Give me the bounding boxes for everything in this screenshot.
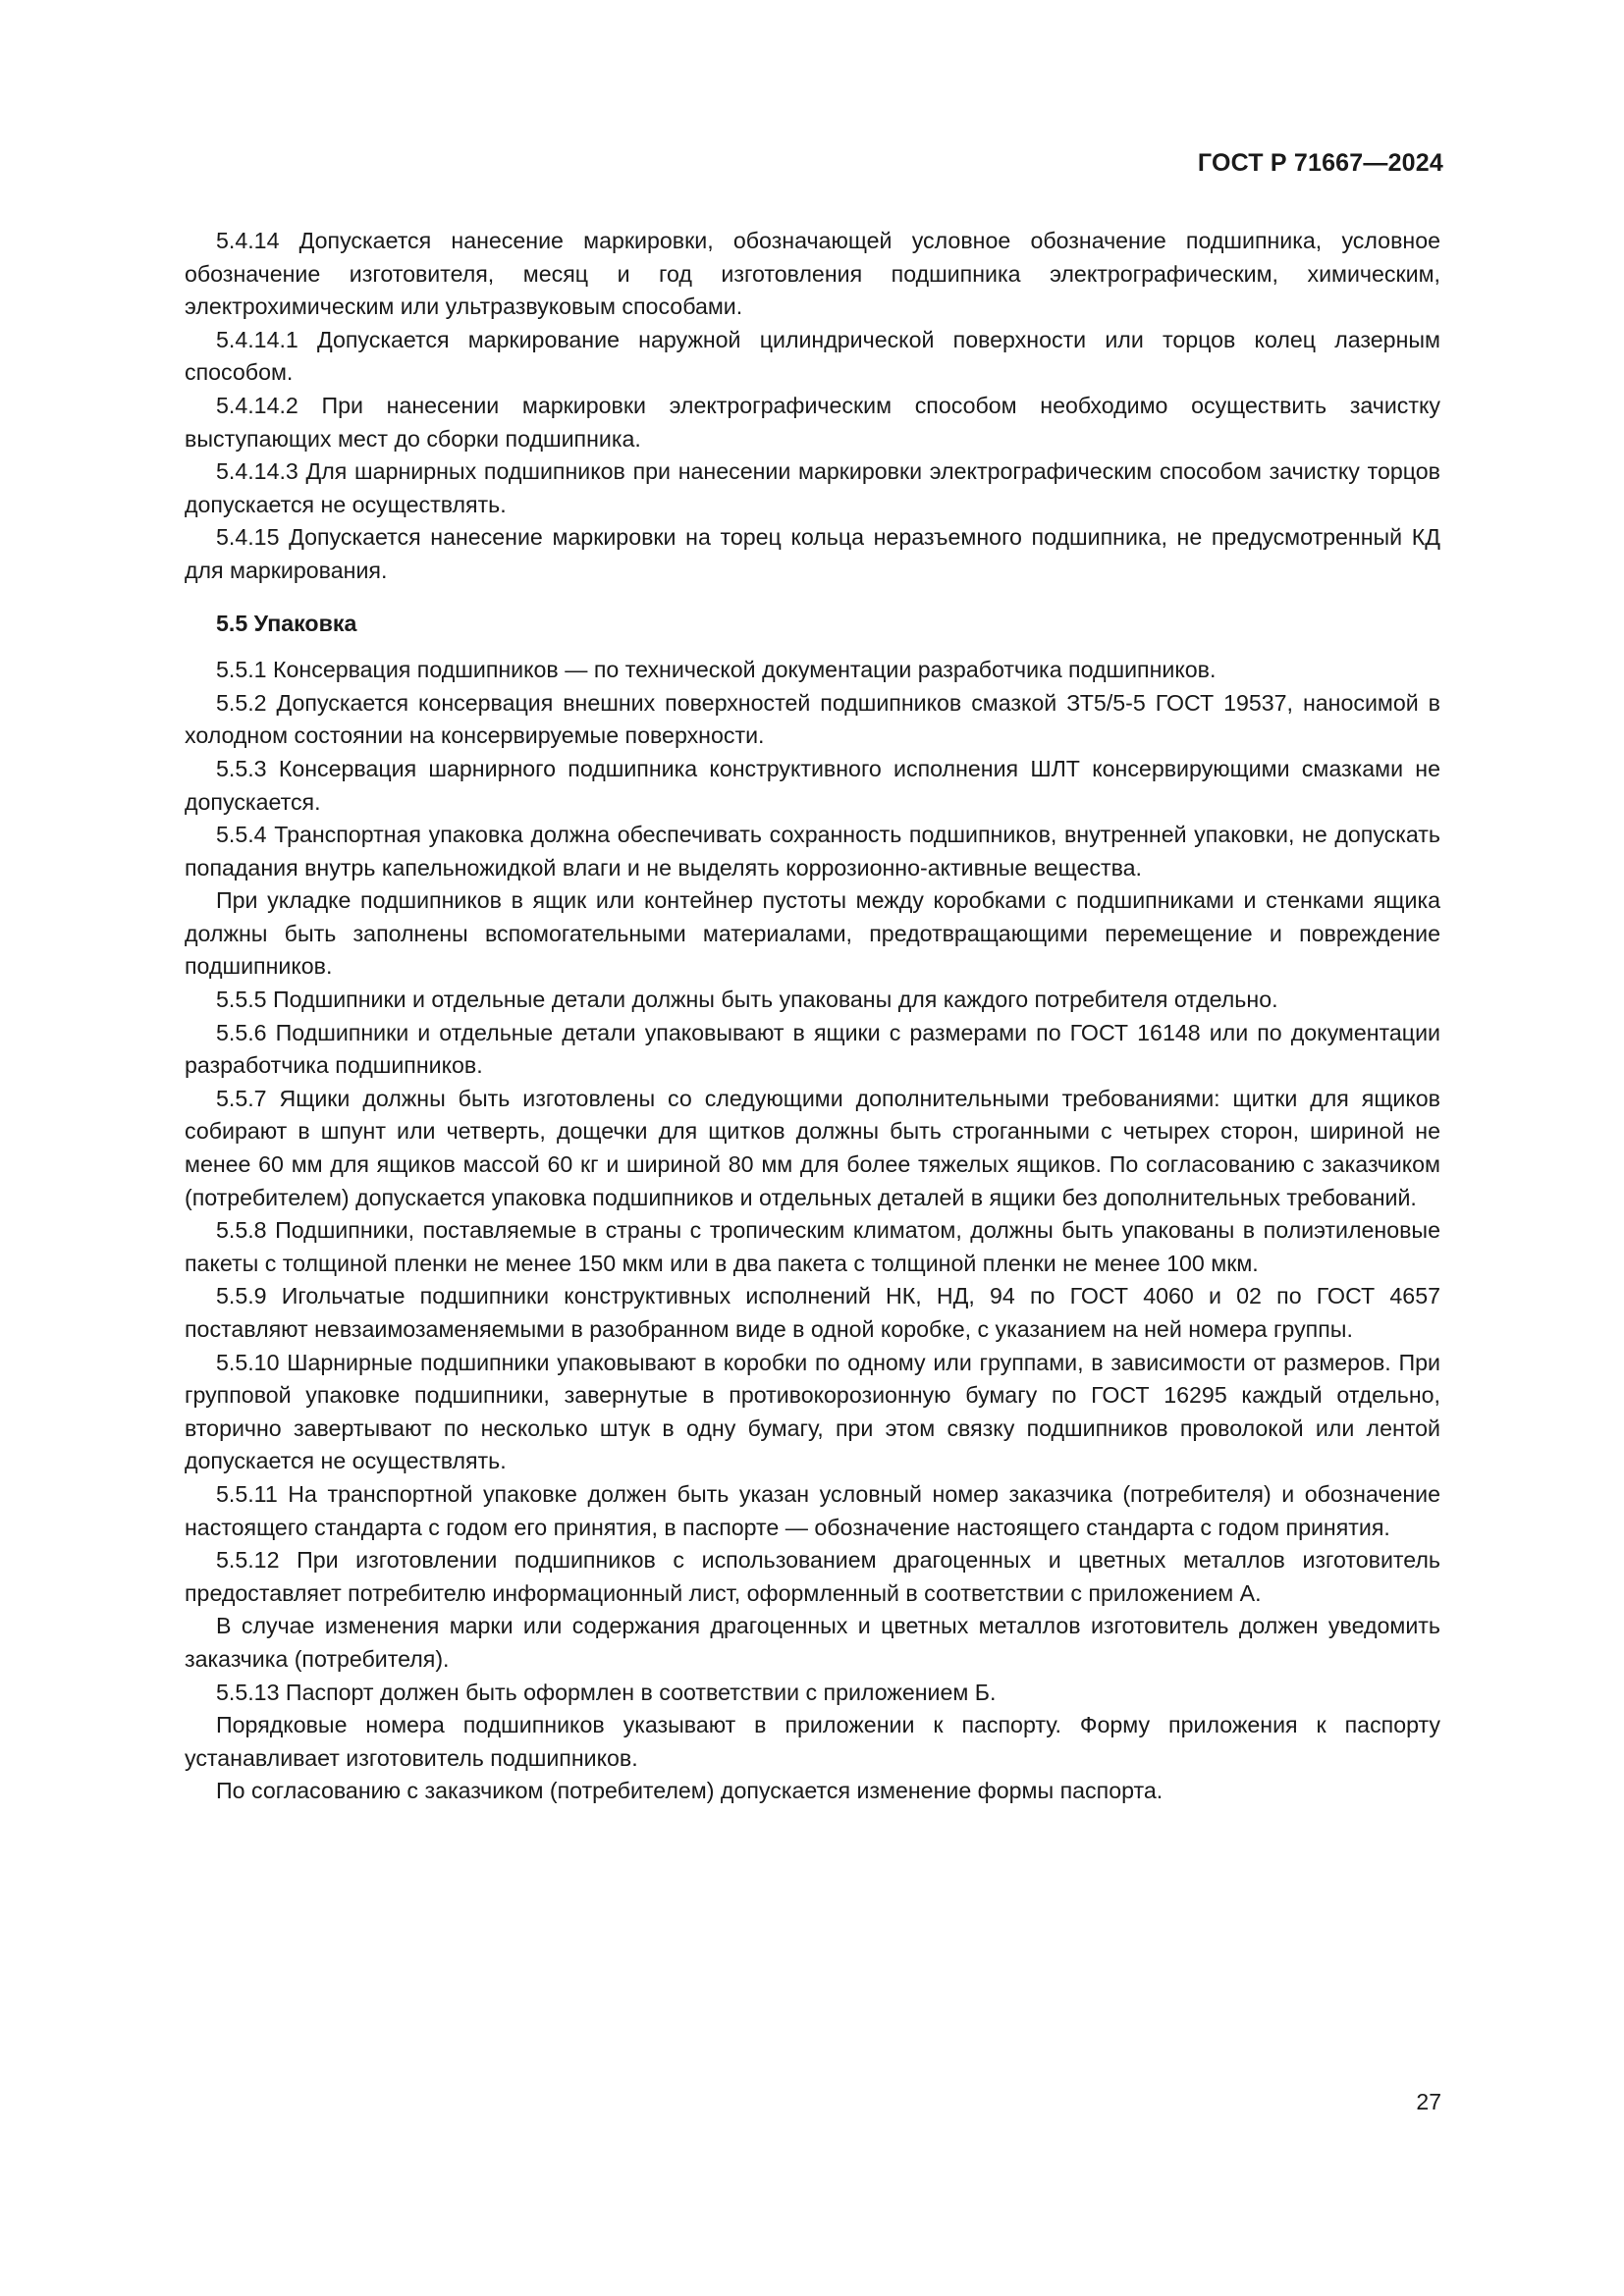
paragraph-5-4-14-1: 5.4.14.1 Допускается маркирование наружн… bbox=[185, 324, 1440, 390]
paragraph-5-5-9: 5.5.9 Игольчатые подшипники конструктивн… bbox=[185, 1280, 1440, 1346]
paragraph-5-5-4: 5.5.4 Транспортная упаковка должна обесп… bbox=[185, 819, 1440, 884]
paragraph-5-5-2: 5.5.2 Допускается консервация внешних по… bbox=[185, 687, 1440, 753]
paragraph-5-5-6: 5.5.6 Подшипники и отдельные детали упак… bbox=[185, 1017, 1440, 1083]
paragraph-5-5-12-cont: В случае изменения марки или содержания … bbox=[185, 1610, 1440, 1676]
document-code: ГОСТ Р 71667—2024 bbox=[1198, 149, 1443, 178]
document-body: 5.4.14 Допускается нанесение маркировки,… bbox=[185, 225, 1440, 1808]
paragraph-5-5-13: 5.5.13 Паспорт должен быть оформлен в со… bbox=[185, 1677, 1440, 1710]
paragraph-5-4-14-3: 5.4.14.3 Для шарнирных подшипников при н… bbox=[185, 455, 1440, 521]
paragraph-5-5-3: 5.5.3 Консервация шарнирного подшипника … bbox=[185, 753, 1440, 819]
paragraph-5-5-4-cont: При укладке подшипников в ящик или конте… bbox=[185, 884, 1440, 984]
paragraph-5-4-15: 5.4.15 Допускается нанесение маркировки … bbox=[185, 521, 1440, 587]
paragraph-5-5-5: 5.5.5 Подшипники и отдельные детали долж… bbox=[185, 984, 1440, 1017]
paragraph-5-5-11: 5.5.11 На транспортной упаковке должен б… bbox=[185, 1478, 1440, 1544]
paragraph-5-5-10: 5.5.10 Шарнирные подшипники упаковывают … bbox=[185, 1347, 1440, 1478]
paragraph-5-5-13-cont-1: Порядковые номера подшипников указывают … bbox=[185, 1709, 1440, 1775]
section-heading: 5.5 Упаковка bbox=[216, 608, 1440, 641]
paragraph-5-5-12: 5.5.12 При изготовлении подшипников с ис… bbox=[185, 1544, 1440, 1610]
page-number: 27 bbox=[1416, 2089, 1441, 2115]
paragraph-5-4-14-2: 5.4.14.2 При нанесении маркировки электр… bbox=[185, 390, 1440, 455]
paragraph-5-5-13-cont-2: По согласованию с заказчиком (потребител… bbox=[185, 1775, 1440, 1808]
paragraph-5-5-8: 5.5.8 Подшипники, поставляемые в страны … bbox=[185, 1214, 1440, 1280]
paragraph-5-4-14: 5.4.14 Допускается нанесение маркировки,… bbox=[185, 225, 1440, 324]
paragraph-5-5-1: 5.5.1 Консервация подшипников — по техни… bbox=[185, 654, 1440, 687]
paragraph-5-5-7: 5.5.7 Ящики должны быть изготовлены со с… bbox=[185, 1083, 1440, 1214]
